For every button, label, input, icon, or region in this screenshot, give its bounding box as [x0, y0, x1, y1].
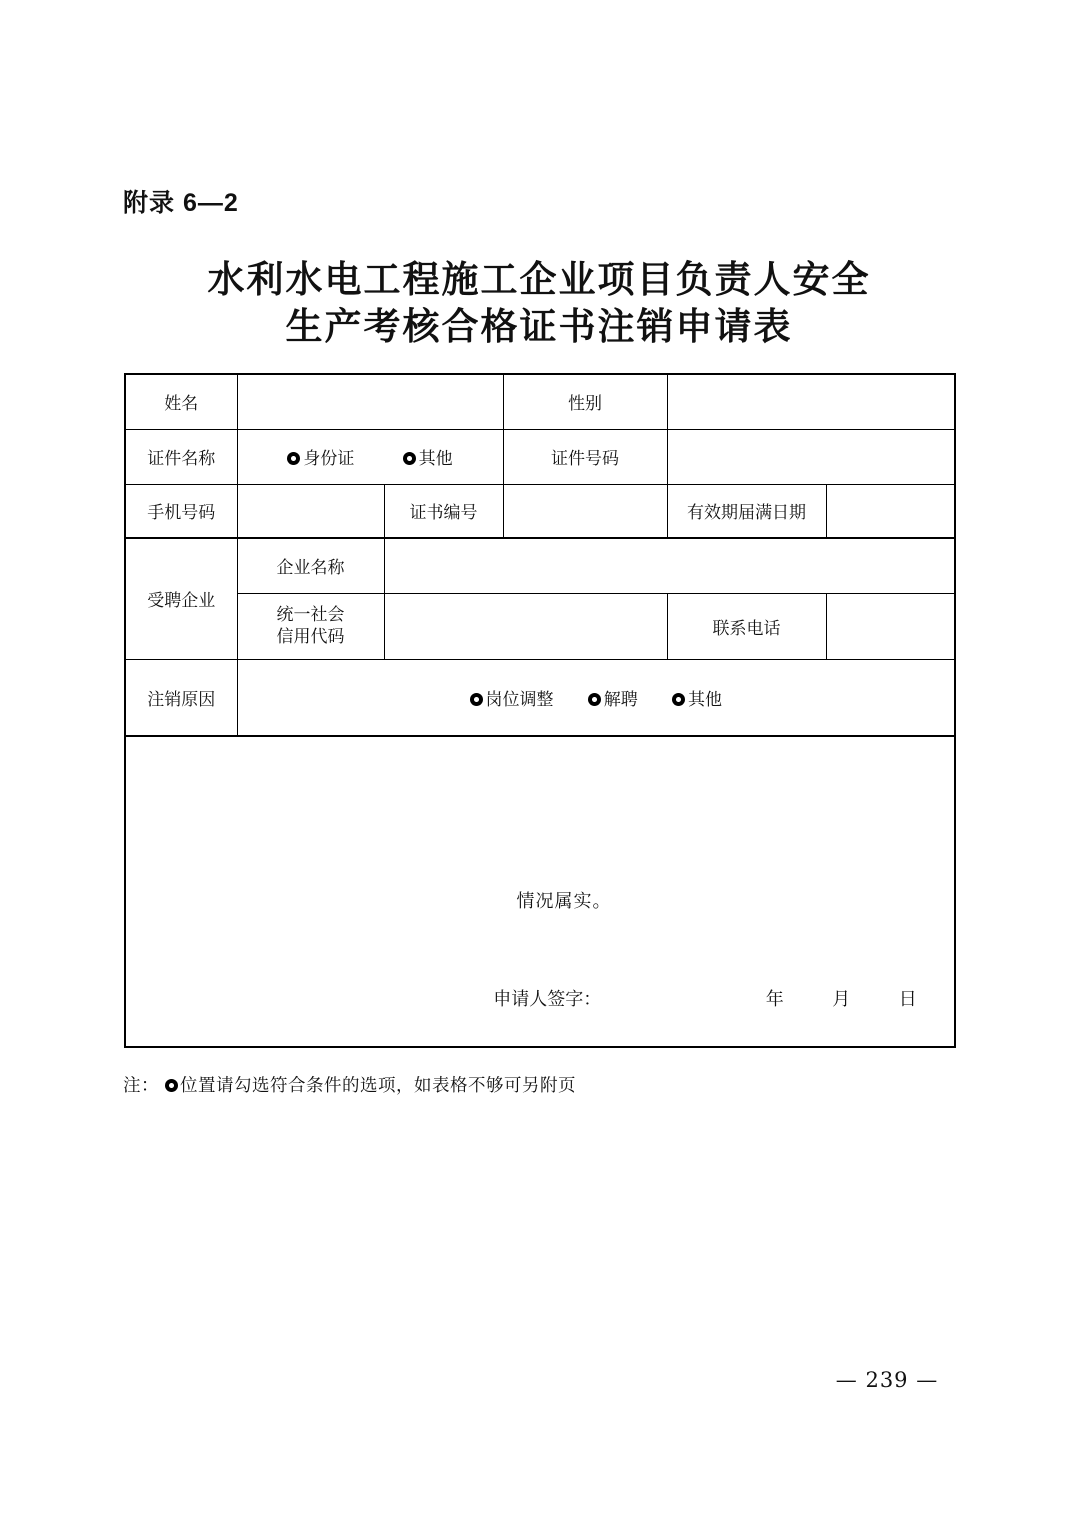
footnote-prefix: 注：	[123, 1075, 159, 1095]
certificate-no-value-cell[interactable]	[503, 484, 667, 538]
page-title: 水利水电工程施工企业项目负责人安全 生产考核合格证书注销申请表	[124, 256, 954, 350]
company-name-label-cell: 企业名称	[237, 538, 384, 593]
company-name-value-cell[interactable]	[384, 538, 955, 593]
page-title-line1: 水利水电工程施工企业项目负责人安全	[124, 256, 954, 303]
certificate-no-label: 证书编号	[410, 503, 478, 522]
name-value-cell[interactable]	[237, 374, 503, 429]
radio-icon[interactable]	[403, 452, 416, 465]
contact-phone-label: 联系电话	[713, 619, 781, 638]
name-label-cell: 姓名	[125, 374, 237, 429]
credit-code-label-cell: 统一社会 信用代码	[237, 593, 384, 659]
table-row: 情况属实。 申请人签字： 年 月 日	[125, 736, 955, 1047]
expiry-date-value-cell[interactable]	[826, 484, 955, 538]
table-row: 手机号码 证书编号 有效期届满日期	[125, 484, 955, 538]
cancel-reason-option-other[interactable]: 其他	[672, 690, 722, 709]
document-page: 附录 6—2 水利水电工程施工企业项目负责人安全 生产考核合格证书注销申请表 姓…	[0, 0, 1075, 1519]
contact-phone-label-cell: 联系电话	[667, 593, 826, 659]
declaration-statement: 情况属实。	[174, 887, 954, 913]
id-type-label: 证件名称	[147, 449, 215, 468]
gender-value-cell[interactable]	[667, 374, 955, 429]
table-row: 统一社会 信用代码 联系电话	[125, 593, 955, 659]
credit-code-value-cell[interactable]	[384, 593, 667, 659]
mobile-label-cell: 手机号码	[125, 484, 237, 538]
mobile-value-cell[interactable]	[237, 484, 384, 538]
date-month-label: 月	[832, 989, 850, 1009]
radio-icon[interactable]	[470, 693, 483, 706]
radio-icon	[165, 1079, 178, 1092]
expiry-date-label: 有效期届满日期	[687, 503, 806, 522]
gender-label: 性别	[568, 394, 602, 413]
id-type-options-cell: 身份证 其他	[237, 429, 503, 484]
table-row: 证件名称 身份证 其他 证件号码	[125, 429, 955, 484]
cancel-reason-label: 注销原因	[147, 690, 215, 709]
cancel-reason-option-dismissal[interactable]: 解聘	[588, 690, 638, 709]
id-type-label-cell: 证件名称	[125, 429, 237, 484]
footnote-text: 位置请勾选符合条件的选项，如表格不够可另附页	[180, 1075, 576, 1095]
id-type-option-idcard[interactable]: 身份证	[287, 449, 354, 468]
table-row: 注销原因 岗位调整 解聘 其他	[125, 659, 955, 736]
radio-icon[interactable]	[588, 693, 601, 706]
date-day-label: 日	[899, 989, 917, 1009]
date-year-label: 年	[766, 989, 784, 1009]
radio-icon[interactable]	[287, 452, 300, 465]
id-number-label: 证件号码	[551, 449, 619, 468]
declaration-cell[interactable]: 情况属实。 申请人签字： 年 月 日	[125, 736, 955, 1047]
company-name-label: 企业名称	[277, 558, 345, 577]
table-row: 姓名 性别	[125, 374, 955, 429]
radio-icon[interactable]	[672, 693, 685, 706]
mobile-label: 手机号码	[147, 503, 215, 522]
table-row: 受聘企业 企业名称	[125, 538, 955, 593]
employer-label-cell: 受聘企业	[125, 538, 237, 659]
employer-label: 受聘企业	[147, 591, 215, 610]
cancel-reason-option-adjustment[interactable]: 岗位调整	[470, 690, 554, 709]
page-title-line2: 生产考核合格证书注销申请表	[124, 303, 954, 350]
gender-label-cell: 性别	[503, 374, 667, 429]
expiry-date-label-cell: 有效期届满日期	[667, 484, 826, 538]
page-number: — 239 —	[807, 1368, 967, 1392]
application-form-table: 姓名 性别 证件名称 身份证 其他 证件号码 手机号码 证书编号 有效期届满日期…	[124, 373, 956, 1048]
cancel-reason-options-cell: 岗位调整 解聘 其他	[237, 659, 955, 736]
id-number-label-cell: 证件号码	[503, 429, 667, 484]
footnote: 注：位置请勾选符合条件的选项，如表格不够可另附页	[123, 1072, 576, 1097]
credit-code-label: 统一社会 信用代码	[277, 605, 345, 646]
appendix-label: 附录 6—2	[123, 183, 239, 219]
id-type-option-other[interactable]: 其他	[403, 449, 453, 468]
signature-row: 申请人签字： 年 月 日	[126, 985, 954, 1011]
contact-phone-value-cell[interactable]	[826, 593, 955, 659]
signature-label: 申请人签字：	[493, 989, 601, 1009]
cancel-reason-label-cell: 注销原因	[125, 659, 237, 736]
id-number-value-cell[interactable]	[667, 429, 955, 484]
name-label: 姓名	[164, 394, 198, 413]
certificate-no-label-cell: 证书编号	[384, 484, 503, 538]
